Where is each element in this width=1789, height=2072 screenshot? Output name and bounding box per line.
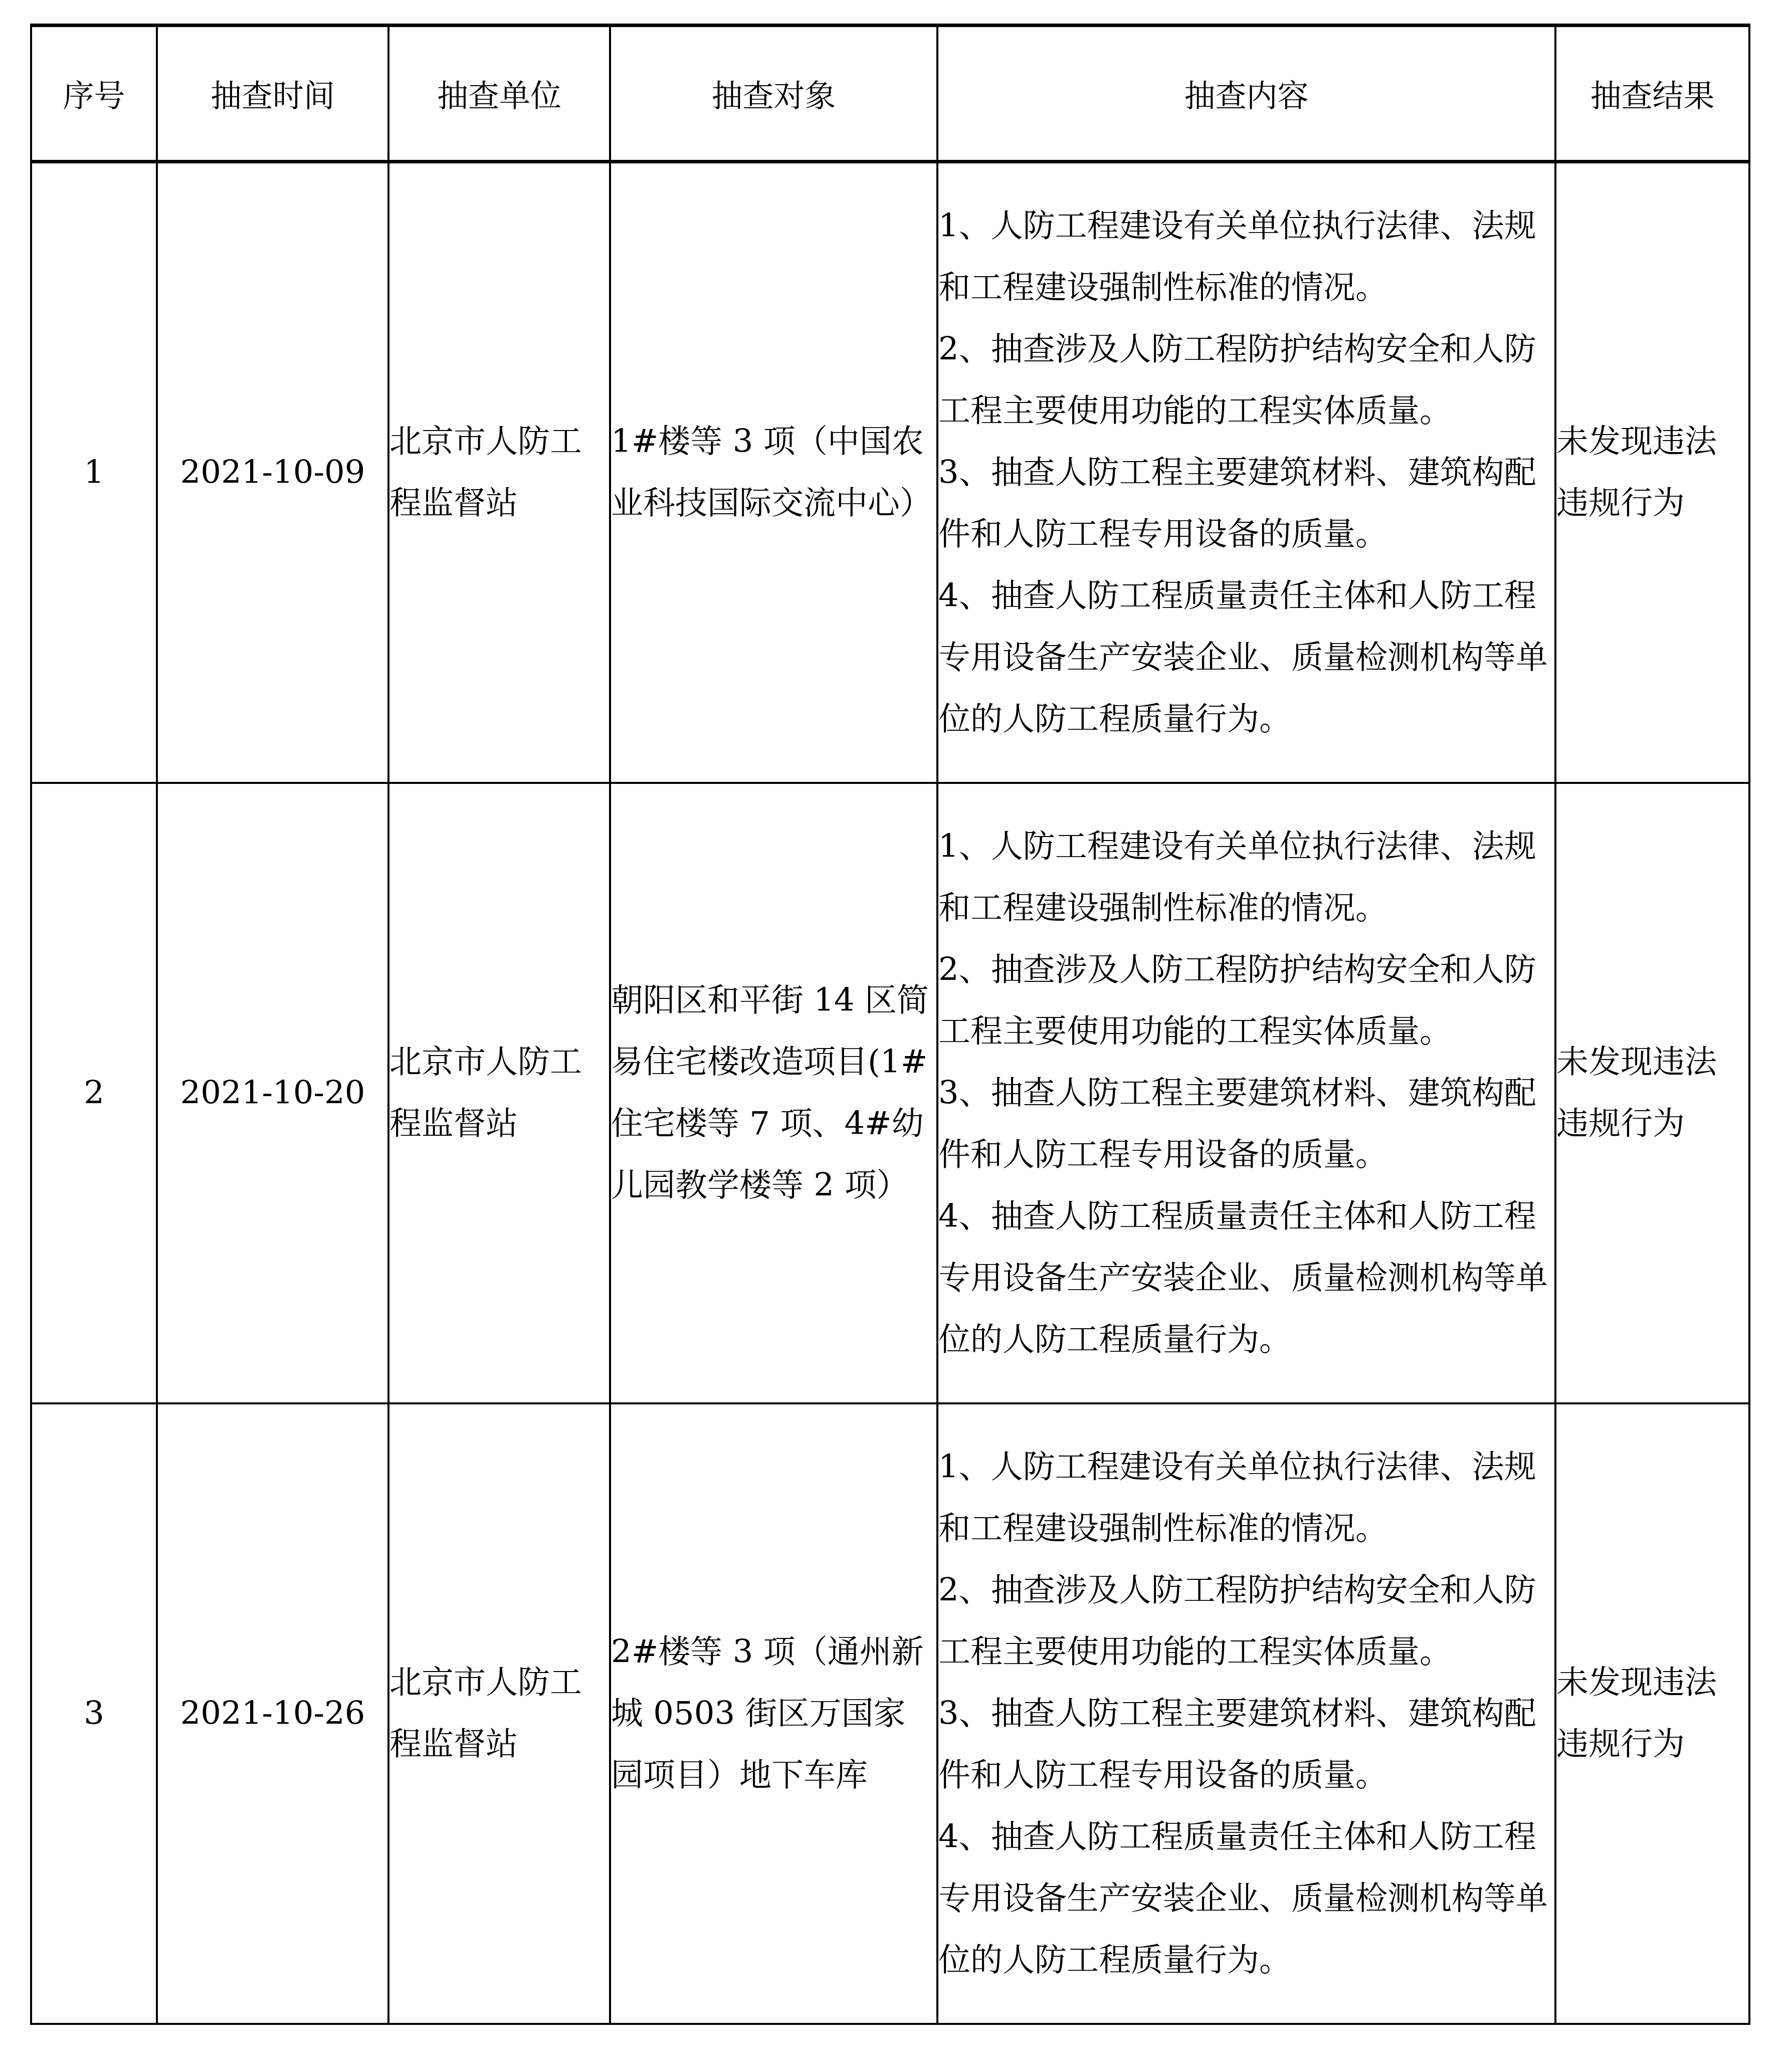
cell-unit: 北京市人防工程监督站 <box>388 1403 610 2024</box>
cell-object: 朝阳区和平街 14 区简易住宅楼改造项目(1#住宅楼等 7 项、4#幼儿园教学楼… <box>610 783 937 1403</box>
table-row: 3 2021-10-26 北京市人防工程监督站 2#楼等 3 项（通州新城 05… <box>31 1403 1749 2024</box>
content-item: 2、抽查涉及人防工程防护结构安全和人防工程主要使用功能的工程实体质量。 <box>938 1560 1554 1683</box>
cell-index: 2 <box>31 783 157 1403</box>
cell-object: 1#楼等 3 项（中国农业科技国际交流中心） <box>610 162 937 783</box>
header-result: 抽查结果 <box>1555 26 1749 162</box>
cell-content: 1、人防工程建设有关单位执行法律、法规和工程建设强制性标准的情况。 2、抽查涉及… <box>937 1403 1555 2024</box>
content-item: 4、抽查人防工程质量责任主体和人防工程专用设备生产安装企业、质量检测机构等单位的… <box>938 1186 1554 1371</box>
content-item: 1、人防工程建设有关单位执行法律、法规和工程建设强制性标准的情况。 <box>938 195 1554 319</box>
cell-date: 2021-10-20 <box>157 783 388 1403</box>
content-item: 3、抽查人防工程主要建筑材料、建筑构配件和人防工程专用设备的质量。 <box>938 1063 1554 1186</box>
table-header-row: 序号 抽查时间 抽查单位 抽查对象 抽查内容 抽查结果 <box>31 26 1749 162</box>
table-row: 1 2021-10-09 北京市人防工程监督站 1#楼等 3 项（中国农业科技国… <box>31 162 1749 783</box>
cell-content: 1、人防工程建设有关单位执行法律、法规和工程建设强制性标准的情况。 2、抽查涉及… <box>937 783 1555 1403</box>
cell-date: 2021-10-09 <box>157 162 388 783</box>
table-row: 2 2021-10-20 北京市人防工程监督站 朝阳区和平街 14 区简易住宅楼… <box>31 783 1749 1403</box>
cell-result: 未发现违法违规行为 <box>1555 162 1749 783</box>
cell-unit: 北京市人防工程监督站 <box>388 783 610 1403</box>
content-item: 3、抽查人防工程主要建筑材料、建筑构配件和人防工程专用设备的质量。 <box>938 442 1554 565</box>
content-item: 4、抽查人防工程质量责任主体和人防工程专用设备生产安装企业、质量检测机构等单位的… <box>938 565 1554 750</box>
cell-index: 1 <box>31 162 157 783</box>
content-item: 1、人防工程建设有关单位执行法律、法规和工程建设强制性标准的情况。 <box>938 816 1554 939</box>
header-object: 抽查对象 <box>610 26 937 162</box>
cell-date: 2021-10-26 <box>157 1403 388 2024</box>
content-item: 2、抽查涉及人防工程防护结构安全和人防工程主要使用功能的工程实体质量。 <box>938 939 1554 1063</box>
header-date: 抽查时间 <box>157 26 388 162</box>
cell-unit: 北京市人防工程监督站 <box>388 162 610 783</box>
header-index: 序号 <box>31 26 157 162</box>
cell-result: 未发现违法违规行为 <box>1555 783 1749 1403</box>
inspection-table: 序号 抽查时间 抽查单位 抽查对象 抽查内容 抽查结果 1 2021-10-09… <box>30 24 1750 2025</box>
cell-content: 1、人防工程建设有关单位执行法律、法规和工程建设强制性标准的情况。 2、抽查涉及… <box>937 162 1555 783</box>
content-item: 4、抽查人防工程质量责任主体和人防工程专用设备生产安装企业、质量检测机构等单位的… <box>938 1806 1554 1991</box>
content-item: 3、抽查人防工程主要建筑材料、建筑构配件和人防工程专用设备的质量。 <box>938 1683 1554 1806</box>
content-item: 2、抽查涉及人防工程防护结构安全和人防工程主要使用功能的工程实体质量。 <box>938 319 1554 442</box>
cell-index: 3 <box>31 1403 157 2024</box>
header-content: 抽查内容 <box>937 26 1555 162</box>
cell-result: 未发现违法违规行为 <box>1555 1403 1749 2024</box>
header-unit: 抽查单位 <box>388 26 610 162</box>
content-item: 1、人防工程建设有关单位执行法律、法规和工程建设强制性标准的情况。 <box>938 1436 1554 1560</box>
cell-object: 2#楼等 3 项（通州新城 0503 街区万国家园项目）地下车库 <box>610 1403 937 2024</box>
